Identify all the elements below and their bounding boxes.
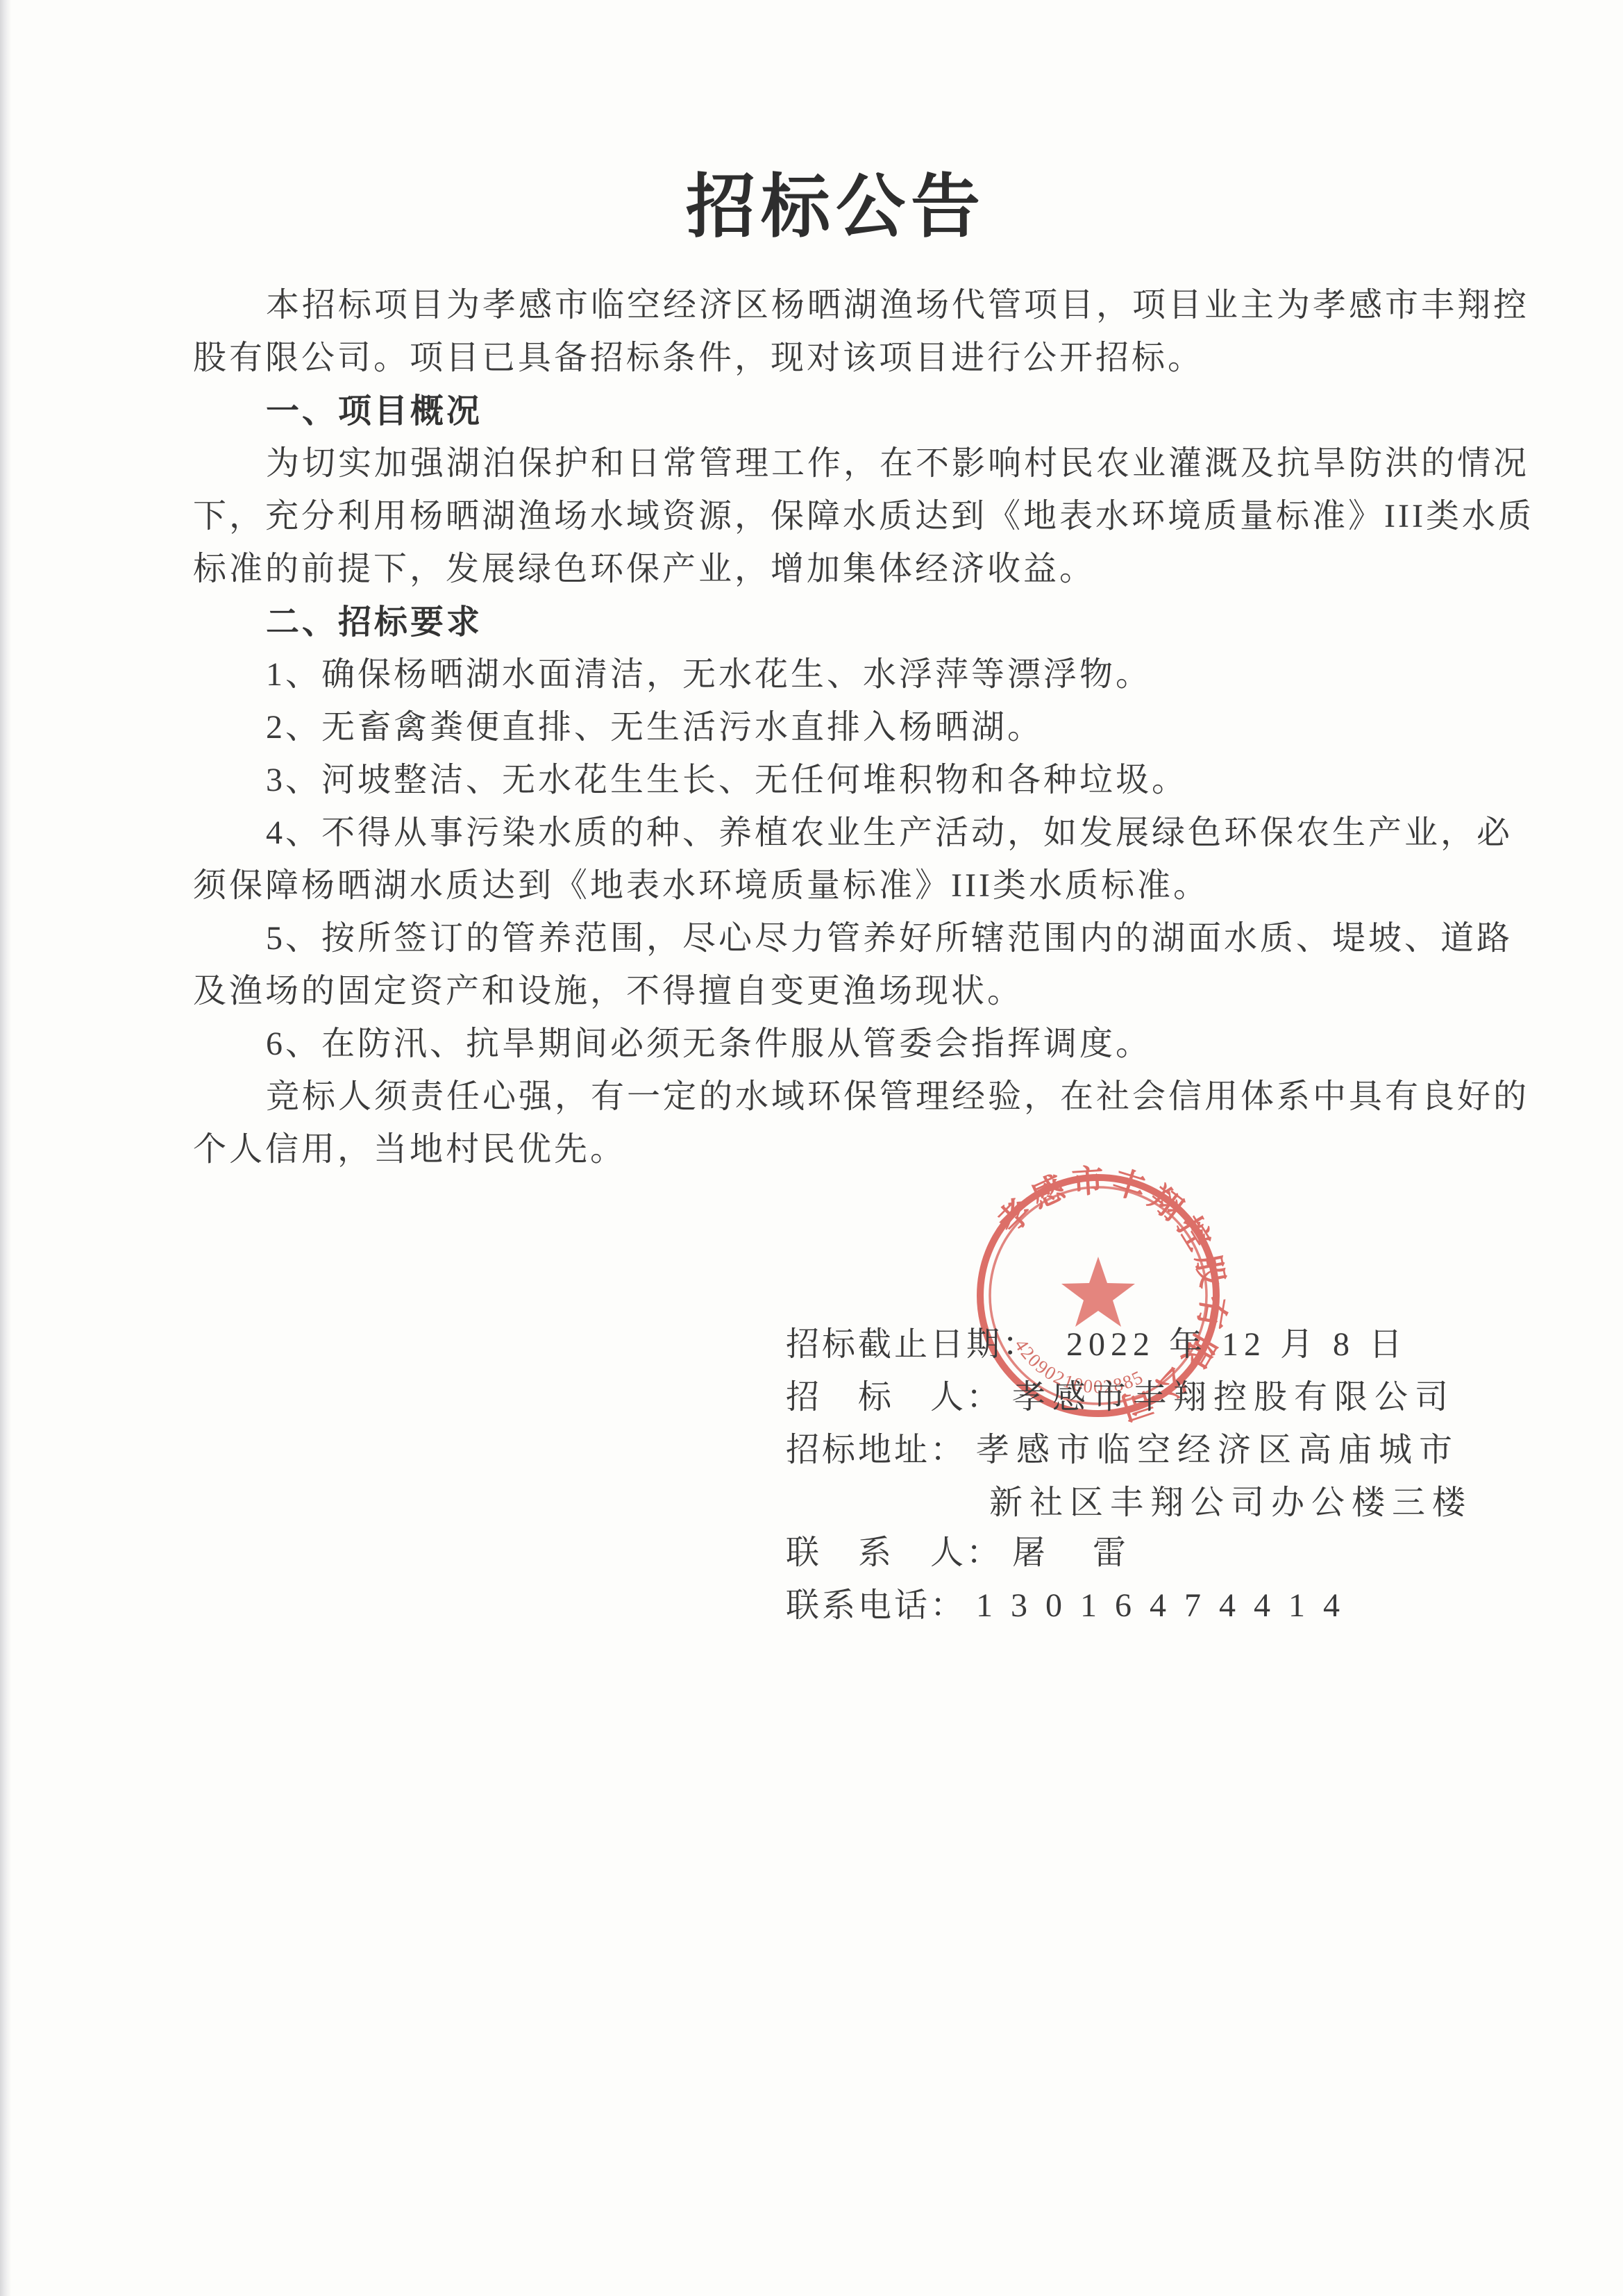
list-item-4: 4、不得从事污染水质的种、养植农业生产活动，如发展绿色环保农生产业，必 [266, 807, 1513, 860]
paragraph-line: 竞标人须责任心强，有一定的水域环保管理经验，在社会信用体系中具有良好的 [266, 1071, 1529, 1123]
paragraph-line: 个人信用，当地村民优先。 [193, 1123, 626, 1176]
list-item-1: 1、确保杨晒湖水面清洁，无水花生、水浮萍等漂浮物。 [266, 648, 1152, 701]
bidder-value: 孝感市丰翔控股有限公司 [1012, 1379, 1455, 1416]
page-title: 招标公告 [0, 165, 1623, 249]
section-heading-requirements: 二、招标要求 [266, 596, 482, 648]
paragraph-line: 股有限公司。项目已具备招标条件，现对该项目进行公开招标。 [193, 332, 1204, 385]
paragraph-line: 标准的前提下，发展绿色环保产业，增加集体经济收益。 [193, 543, 1095, 596]
deadline-row: 招标截止日期：2022 年 12 月 8 日 [786, 1318, 1408, 1371]
list-item-6: 6、在防汛、抗旱期间必须无条件服从管委会指挥调度。 [266, 1018, 1152, 1071]
phone-value: 13016474414 [976, 1587, 1358, 1624]
contact-person-label: 联 系 人： [786, 1534, 1002, 1571]
address-row: 招标地址：孝感市临空经济区高庙城市 [786, 1424, 1459, 1477]
phone-row: 联系电话：13016474414 [786, 1579, 1358, 1632]
list-item-2: 2、无畜禽粪便直排、无生活污水直排入杨晒湖。 [266, 701, 1043, 754]
address-row-line2: 新社区丰翔公司办公楼三楼 [989, 1477, 1472, 1530]
scan-edge-artifact [0, 0, 11, 2296]
contact-person-value: 屠 雷 [1012, 1534, 1133, 1571]
deadline-value: 2022 年 12 月 8 日 [1066, 1326, 1408, 1363]
section-heading-overview: 一、项目概况 [266, 385, 482, 437]
bidder-label: 招 标 人： [786, 1379, 1002, 1416]
seal-star-icon [1061, 1257, 1135, 1327]
address-value-line2: 新社区丰翔公司办公楼三楼 [989, 1484, 1472, 1521]
list-item-5-cont: 及渔场的固定资产和设施，不得擅自变更渔场现状。 [193, 965, 1023, 1018]
address-label: 招标地址： [786, 1432, 966, 1468]
list-item-4-cont: 须保障杨晒湖水质达到《地表水环境质量标准》III类水质标准。 [193, 860, 1209, 912]
address-value: 孝感市临空经济区高庙城市 [976, 1432, 1459, 1468]
paragraph-line: 下，充分利用杨晒湖渔场水域资源，保障水质达到《地表水环境质量标准》III类水质 [193, 490, 1534, 543]
list-item-3: 3、河坡整洁、无水花生生长、无任何堆积物和各种垃圾。 [266, 754, 1188, 807]
phone-label: 联系电话： [786, 1587, 966, 1624]
paragraph-line: 为切实加强湖泊保护和日常管理工作，在不影响村民农业灌溉及抗旱防洪的情况 [266, 437, 1529, 490]
deadline-label: 招标截止日期： [786, 1326, 1038, 1363]
paragraph-line: 本招标项目为孝感市临空经济区杨晒湖渔场代管项目，项目业主为孝感市丰翔控 [266, 279, 1529, 332]
bidder-row: 招 标 人：孝感市丰翔控股有限公司 [786, 1371, 1455, 1424]
contact-person-row: 联 系 人：屠 雷 [786, 1527, 1133, 1579]
list-item-5: 5、按所签订的管养范围，尽心尽力管养好所辖范围内的湖面水质、堤坡、道路 [266, 912, 1513, 965]
